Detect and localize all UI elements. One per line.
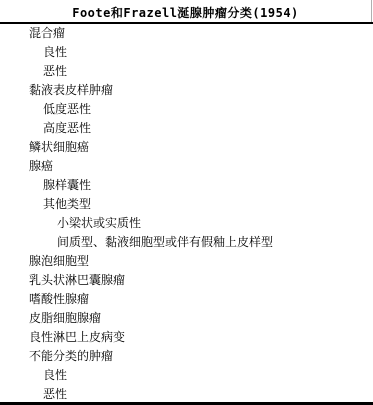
- table-title: Foote和Frazell涎腺肿瘤分类(1954): [72, 4, 299, 21]
- list-item: 腺泡细胞型: [0, 252, 373, 271]
- list-item: 皮脂细胞腺瘤: [0, 309, 373, 328]
- list-item: 良性: [0, 43, 373, 62]
- list-item: 混合瘤: [0, 24, 373, 43]
- list-item: 低度恶性: [0, 100, 373, 119]
- list-item: 恶性: [0, 62, 373, 81]
- list-item: 嗜酸性腺瘤: [0, 290, 373, 309]
- list-item: 良性淋巴上皮病变: [0, 328, 373, 347]
- list-item: 腺样囊性: [0, 176, 373, 195]
- list-item: 黏液表皮样肿瘤: [0, 81, 373, 100]
- list-item: 间质型、黏液细胞型或伴有假釉上皮样型: [0, 233, 373, 252]
- list-item: 高度恶性: [0, 119, 373, 138]
- list-item: 鳞状细胞癌: [0, 138, 373, 157]
- list-item: 腺癌: [0, 157, 373, 176]
- list-item: 其他类型: [0, 195, 373, 214]
- list-item: 小梁状或实质性: [0, 214, 373, 233]
- classification-list: 混合瘤 良性 恶性 黏液表皮样肿瘤 低度恶性 高度恶性 鳞状细胞癌 腺癌 腺样囊…: [0, 24, 373, 404]
- classification-table: Foote和Frazell涎腺肿瘤分类(1954) 混合瘤 良性 恶性 黏液表皮…: [0, 0, 373, 405]
- list-item: 乳头状淋巴囊腺瘤: [0, 271, 373, 290]
- list-item: 良性: [0, 366, 373, 385]
- table-header: Foote和Frazell涎腺肿瘤分类(1954): [0, 0, 372, 22]
- list-item: 不能分类的肿瘤: [0, 347, 373, 366]
